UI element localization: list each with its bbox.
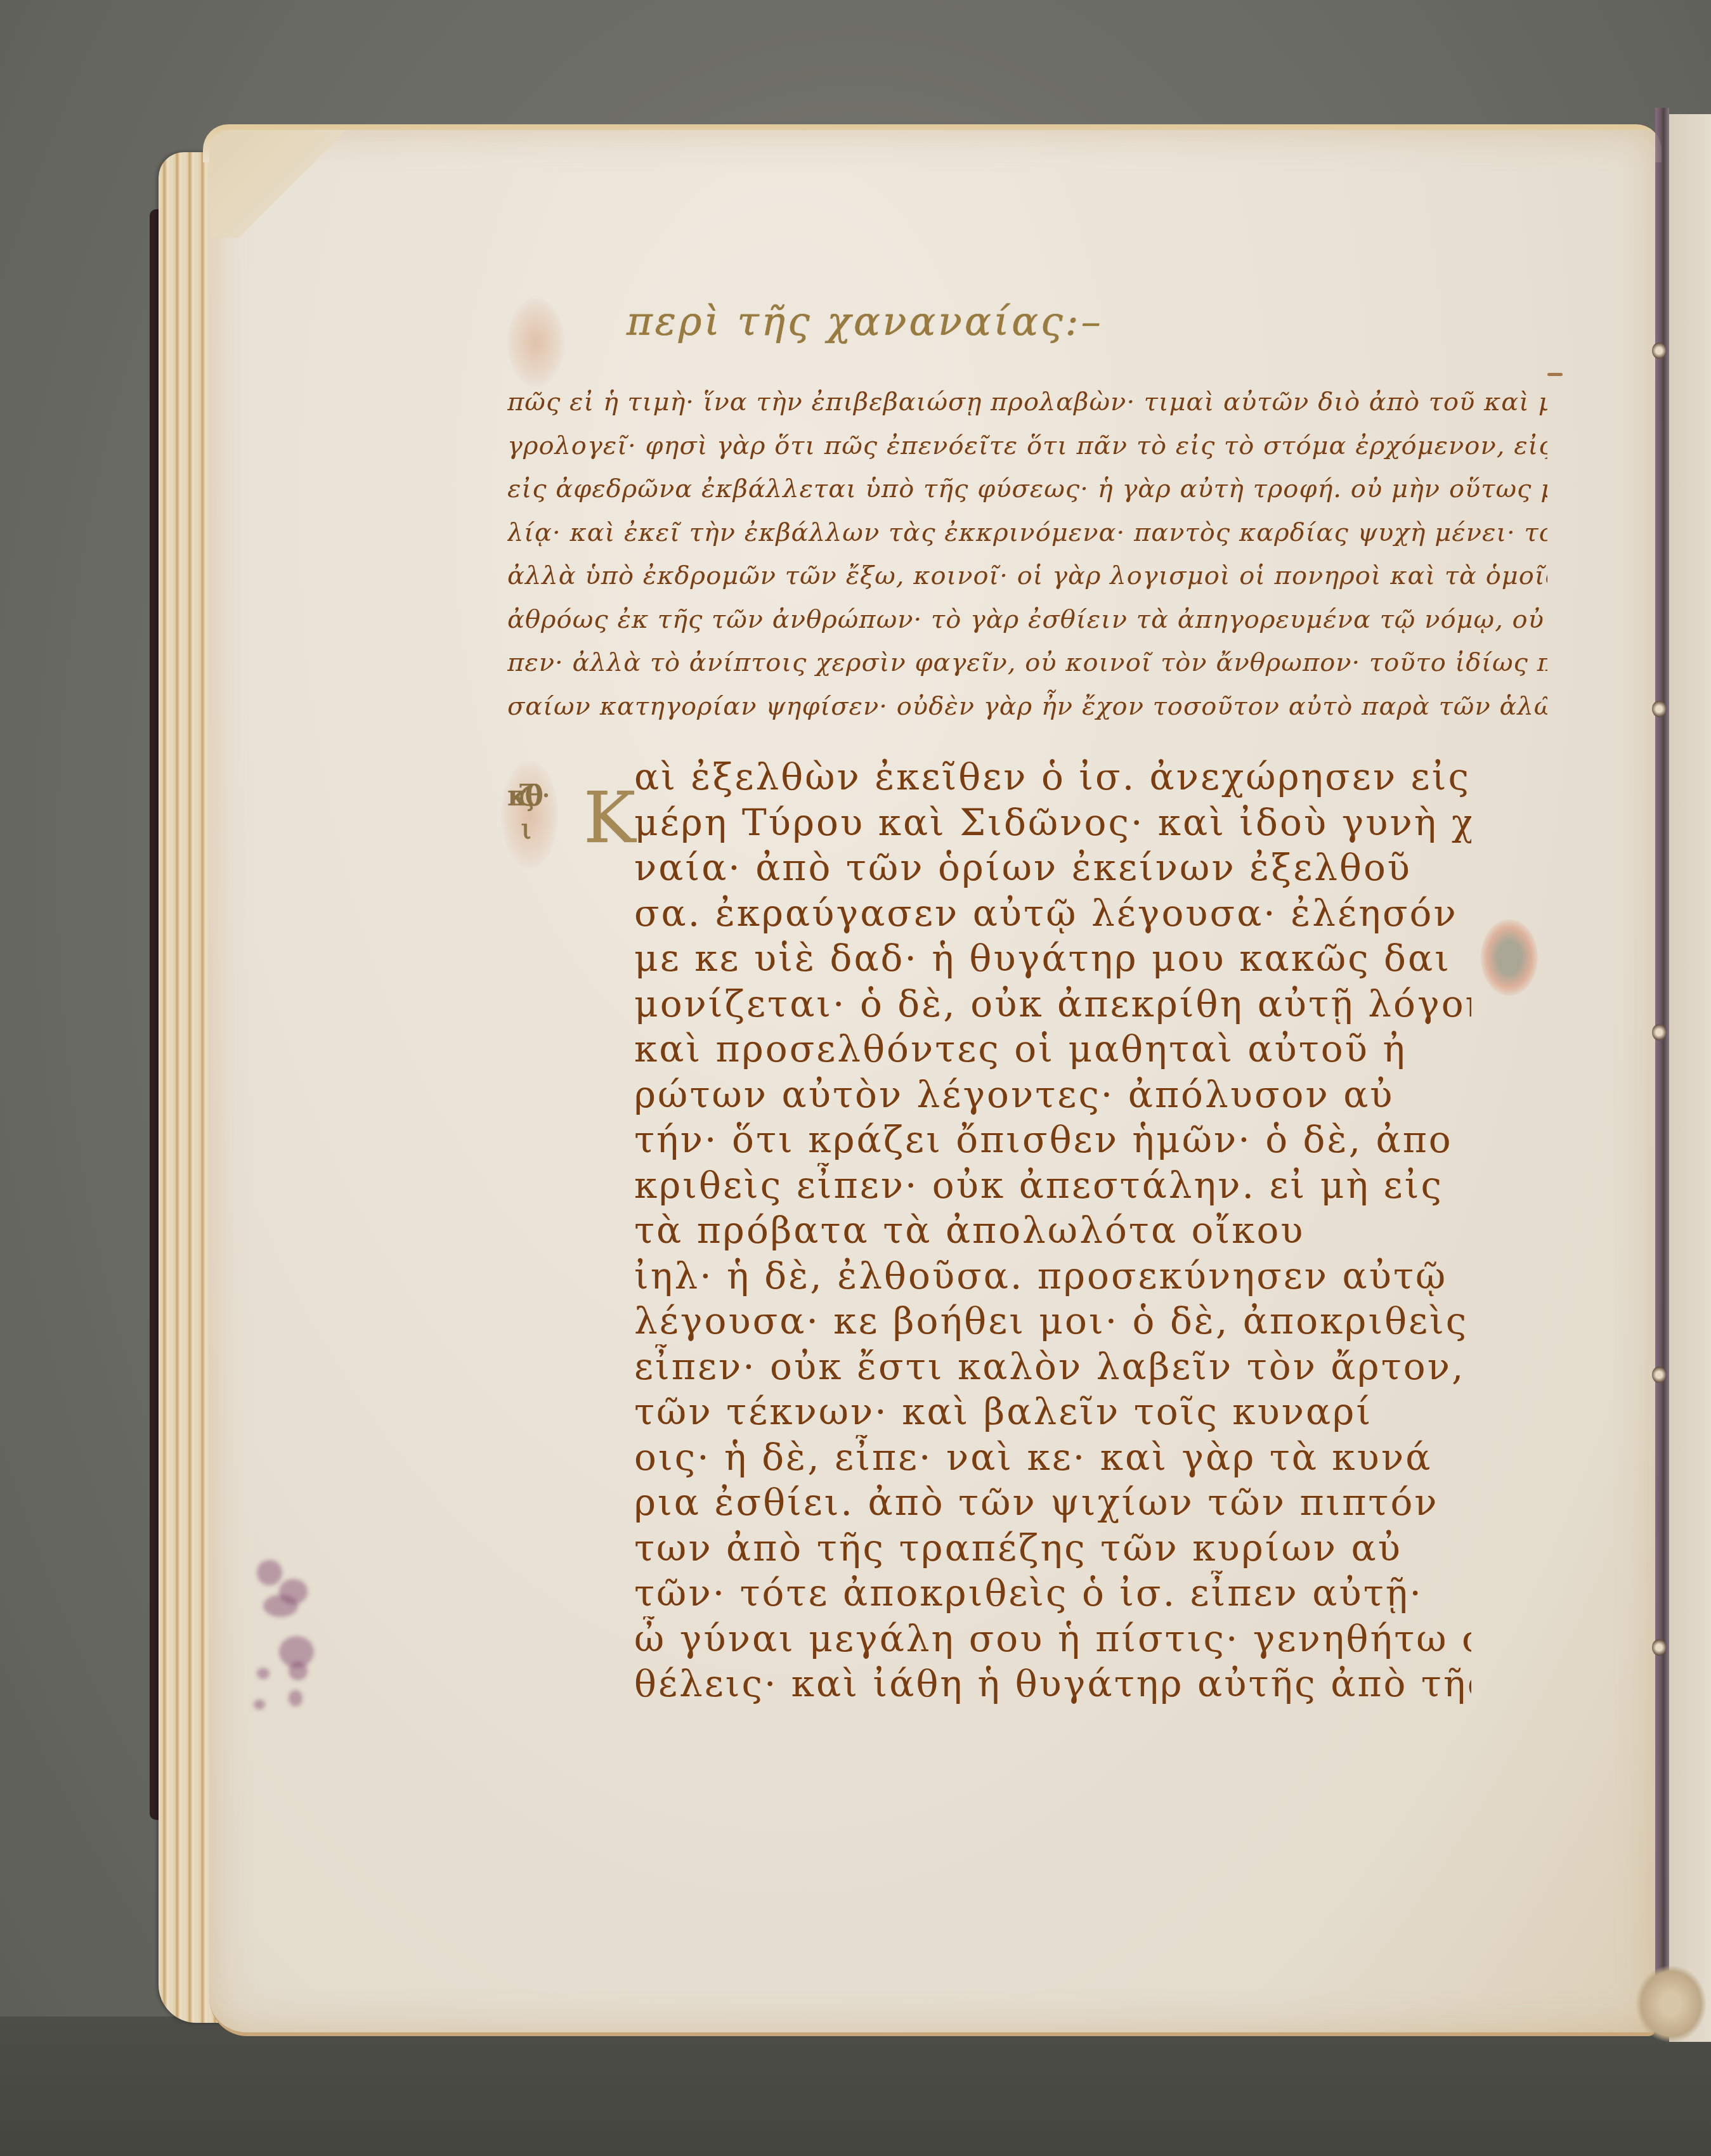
sewing-hole (1652, 701, 1666, 717)
decorated-initial: Κ (583, 777, 635, 859)
purple-stain (289, 1690, 303, 1706)
main-text-line: λέγουσα· κε βοήθει μοι· ὁ δὲ, ἀποκριθεὶς (634, 1299, 1471, 1344)
margin-number-line: ι (507, 813, 545, 846)
purple-stain (263, 1595, 298, 1617)
sewing-hole (1652, 1024, 1666, 1041)
facing-page-edge (1669, 114, 1711, 2042)
main-text-line: τήν· ὅτι κράζει ὄπισθεν ἡμῶν· ὁ δὲ, ἀπο (634, 1117, 1471, 1163)
sewing-hole (1652, 342, 1666, 359)
main-text-line: κριθεὶς εἶπεν· οὐκ ἀπεστάλην. εἰ μὴ εἰς (634, 1163, 1471, 1209)
main-text-line: ὦ γύναι μεγάλη σου ἡ πίστις· γενηθήτω σο… (634, 1616, 1471, 1662)
main-text-line: ρια ἐσθίει. ἀπὸ τῶν ψιχίων τῶν πιπτόν (634, 1480, 1471, 1526)
sewing-hole (1652, 1367, 1666, 1383)
commentary-line: ἀλλὰ ὑπὸ ἐκδρομῶν τῶν ἔξω, κοινοῖ· οἱ γὰ… (507, 554, 1547, 598)
purple-stain (257, 1668, 270, 1679)
purple-stain (254, 1699, 265, 1710)
section-title-rubric: περὶ τῆς χαναναίας:– (627, 298, 1103, 344)
main-text-line: τῶν· τότε ἀποκριθεὶς ὁ ἰσ. εἶπεν αὐτῇ· (634, 1571, 1471, 1616)
main-text-line: εἶπεν· οὐκ ἔστι καλὸν λαβεῖν τὸν ἄρτον, (634, 1344, 1471, 1390)
commentary-block: πῶς εἰ ἡ τιμὴ· ἵνα τὴν ἐπιβεβαιώσῃ προλα… (507, 380, 1547, 728)
main-text-line: τὰ πρόβατα τὰ ἀπολωλότα οἴκου (634, 1208, 1471, 1254)
main-text-block: αὶ ἐξελθὼν ἐκεῖθεν ὁ ἰσ. ἀνεχώρησεν εἰς … (634, 755, 1471, 1707)
marginal-pen-mark (1547, 373, 1563, 376)
main-text-line: με κε υἱὲ δαδ· ἡ θυγάτηρ μου κακῶς δαι (634, 936, 1471, 982)
main-text-line: ναία· ἀπὸ τῶν ὁρίων ἐκείνων ἐξελθοῦ (634, 845, 1471, 891)
commentary-line: εἰς ἀφεδρῶνα ἐκβάλλεται ὑπὸ τῆς φύσεως· … (507, 467, 1547, 511)
commentary-line: ἀθρόως ἐκ τῆς τῶν ἀνθρώπων· τὸ γὰρ ἐσθίε… (507, 598, 1547, 642)
binding-gutter (1655, 108, 1669, 2010)
main-text-margin-number: κθ ι (507, 780, 545, 846)
commentary-line: γρολογεῖ· φησὶ γὰρ ὅτι πῶς ἐπενόεῖτε ὅτι… (507, 424, 1547, 468)
background-table-surface (0, 2016, 1711, 2156)
main-text-line: μέρη Τύρου καὶ Σιδῶνος· καὶ ἰδοὺ γυνὴ χα… (634, 800, 1471, 846)
rubric-halo-stain (507, 298, 564, 387)
sewing-hole (1652, 1639, 1666, 1656)
main-text-line: μονίζεται· ὁ δὲ, οὐκ ἀπεκρίθη αὐτῇ λόγον… (634, 982, 1471, 1027)
commentary-line: πεν· ἀλλὰ τὸ ἀνίπτοις χερσὶν φαγεῖν, οὐ … (507, 641, 1547, 685)
commentary-line: πῶς εἰ ἡ τιμὴ· ἵνα τὴν ἐπιβεβαιώσῃ προλα… (507, 380, 1547, 424)
main-text-line: θέλεις· καὶ ἰάθη ἡ θυγάτηρ αὐτῆς ἀπὸ τῆς… (634, 1661, 1471, 1707)
purple-stain (257, 1560, 282, 1585)
main-text-line: ρώτων αὐτὸν λέγοντες· ἀπόλυσον αὐ (634, 1072, 1471, 1118)
purple-stain (289, 1661, 308, 1680)
main-text-line: αὶ ἐξελθὼν ἐκεῖθεν ὁ ἰσ. ἀνεχώρησεν εἰς … (634, 755, 1471, 800)
main-text-line: των ἀπὸ τῆς τραπέζης τῶν κυρίων αὐ (634, 1526, 1471, 1571)
folded-corner (209, 130, 374, 238)
main-text-line: οις· ἡ δὲ, εἶπε· ναὶ κε· καὶ γὰρ τὰ κυνά (634, 1435, 1471, 1481)
commentary-line: σαίων κατηγορίαν ψηφίσεν· οὐδὲν γὰρ ἦν ἔ… (507, 685, 1547, 729)
commentary-line: λίᾳ· καὶ ἐκεῖ τὴν ἐκβάλλων τὰς ἐκκρινόμε… (507, 511, 1547, 555)
binding-thread (1636, 1966, 1706, 2042)
main-text-line: σα. ἐκραύγασεν αὐτῷ λέγουσα· ἐλέησόν (634, 891, 1471, 937)
marginal-ink-blot (1481, 919, 1538, 996)
main-text-line: καὶ προσελθόντες οἱ μαθηταὶ αὐτοῦ ἠ (634, 1027, 1471, 1072)
main-text-line: ἰηλ· ἡ δὲ, ἐλθοῦσα. προσεκύνησεν αὐτῷ (634, 1254, 1471, 1299)
margin-number-line: κθ (507, 780, 545, 813)
main-text-line: τῶν τέκνων· καὶ βαλεῖν τοῖς κυναρί (634, 1389, 1471, 1435)
